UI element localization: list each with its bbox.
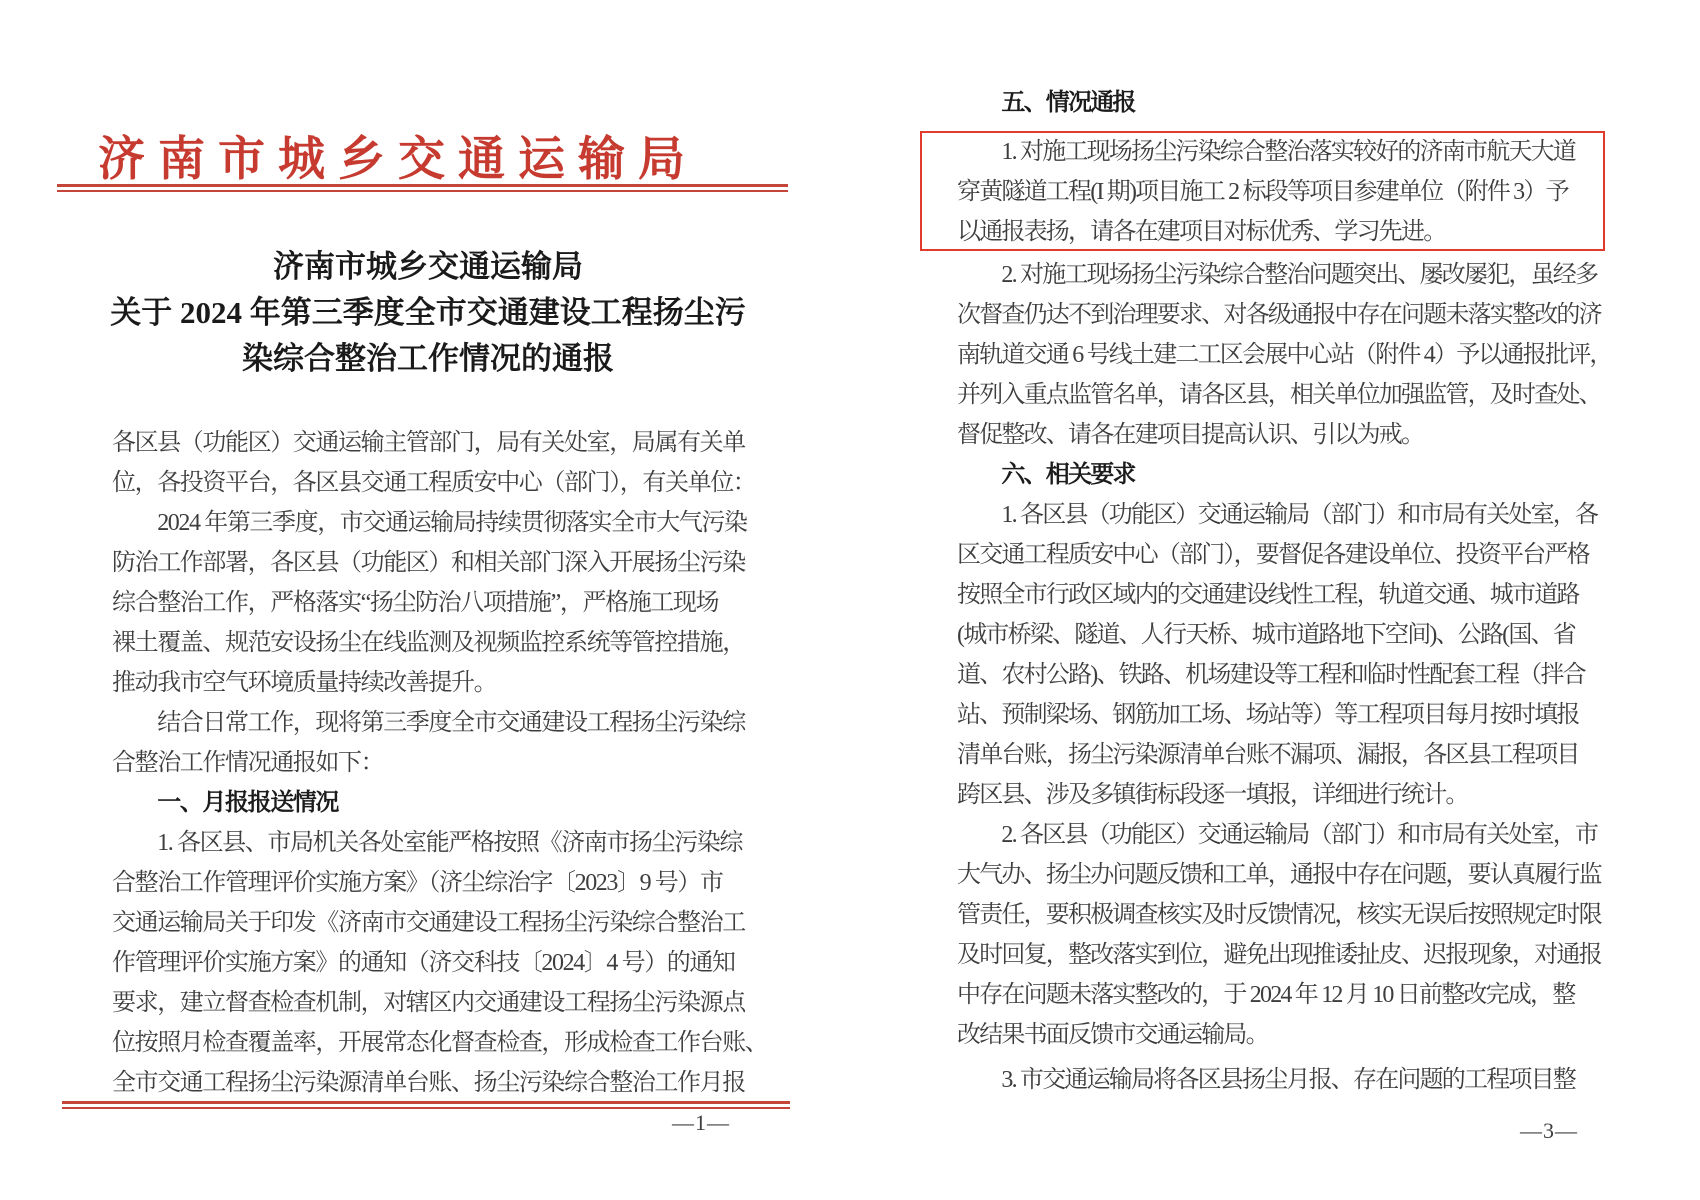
footer-rule bbox=[62, 1101, 790, 1109]
document-line: 推动我市空气环境质量持续改善提升。 bbox=[112, 663, 762, 703]
document-line: 合整治工作情况通报如下： bbox=[112, 743, 762, 783]
document-line: 五、情况通报 bbox=[957, 83, 1607, 123]
document-title-line: 关于 2024 年第三季度全市交通建设工程扬尘污 bbox=[108, 290, 748, 336]
masthead-rule bbox=[57, 184, 788, 192]
document-line: 各区县（功能区）交通运输主管部门，局有关处室，局属有关单 bbox=[112, 423, 762, 463]
document-line: 结合日常工作，现将第三季度全市交通建设工程扬尘污染综 bbox=[112, 703, 762, 743]
document-line: 次督查仍达不到治理要求、对各级通报中存在问题未落实整改的济 bbox=[957, 295, 1607, 335]
document-line: 一、月报报送情况 bbox=[112, 783, 762, 823]
masthead-title: 济南市城乡交通运输局 bbox=[98, 122, 698, 189]
document-line: 要求，建立督查检查机制，对辖区内交通建设工程扬尘污染源点 bbox=[112, 983, 762, 1023]
document-line: (城市桥梁、隧道、人行天桥、城市道路地下空间)、公路(国、省 bbox=[957, 615, 1607, 655]
left-body-text: 各区县（功能区）交通运输主管部门，局有关处室，局属有关单位，各投资平台，各区县交… bbox=[112, 423, 762, 1103]
document-line: 按照全市行政区域内的交通建设线性工程，轨道交通、城市道路 bbox=[957, 575, 1607, 615]
page-number-1: —1— bbox=[672, 1110, 730, 1136]
page-number-3: —3— bbox=[1520, 1118, 1578, 1144]
document-line: 及时回复，整改落实到位，避免出现推诿扯皮、迟报现象，对通报 bbox=[957, 935, 1607, 975]
document-line: 交通运输局关于印发《济南市交通建设工程扬尘污染综合整治工 bbox=[112, 903, 762, 943]
document-line: 1. 各区县、市局机关各处室能严格按照《济南市扬尘污染综 bbox=[112, 823, 762, 863]
document-line: 穿黄隧道工程(I 期)项目施工 2 标段等项目参建单位（附件 3）予 bbox=[957, 172, 1607, 212]
document-line: 大气办、扬尘办问题反馈和工单，通报中存在问题，要认真履行监 bbox=[957, 855, 1607, 895]
document-line: 以通报表扬，请各在建项目对标优秀、学习先进。 bbox=[957, 212, 1607, 252]
document-line: 管责任，要积极调查核实及时反馈情况，核实无误后按照规定时限 bbox=[957, 895, 1607, 935]
document-line: 并列入重点监管名单，请各区县，相关单位加强监管，及时查处、 bbox=[957, 375, 1607, 415]
document-line: 2. 各区县（功能区）交通运输局（部门）和市局有关处室，市 bbox=[957, 815, 1607, 855]
document-title-line: 染综合整治工作情况的通报 bbox=[108, 336, 748, 382]
document-line: 站、预制梁场、钢筋加工场、场站等）等工程项目每月按时填报 bbox=[957, 695, 1607, 735]
document-line: 位按照月检查覆盖率，开展常态化督查检查，形成检查工作台账、 bbox=[112, 1023, 762, 1063]
document-spread: 济南市城乡交通运输局 济南市城乡交通运输局关于 2024 年第三季度全市交通建设… bbox=[0, 0, 1700, 1200]
document-line: 督促整改、请各在建项目提高认识、引以为戒。 bbox=[957, 415, 1607, 455]
document-line: 跨区县、涉及多镇街标段逐一填报，详细进行统计。 bbox=[957, 775, 1607, 815]
document-line: 中存在问题未落实整改的，于 2024 年 12 月 10 日前整改完成，整 bbox=[957, 975, 1607, 1015]
document-line: 区交通工程质安中心（部门），要督促各建设单位、投资平台严格 bbox=[957, 535, 1607, 575]
document-line: 2024 年第三季度，市交通运输局持续贯彻落实全市大气污染 bbox=[112, 503, 762, 543]
document-line: 清单台账，扬尘污染源清单台账不漏项、漏报，各区县工程项目 bbox=[957, 735, 1607, 775]
document-line: 改结果书面反馈市交通运输局。 bbox=[957, 1015, 1607, 1055]
document-line: 裸土覆盖、规范安设扬尘在线监测及视频监控系统等管控措施， bbox=[112, 623, 762, 663]
document-line: 道、农村公路)、铁路、机场建设等工程和临时性配套工程（拌合 bbox=[957, 655, 1607, 695]
document-line: 1. 各区县（功能区）交通运输局（部门）和市局有关处室，各 bbox=[957, 495, 1607, 535]
right-body-text: 五、情况通报 1. 对施工现场扬尘污染综合整治落实较好的济南市航天大道穿黄隧道工… bbox=[957, 83, 1607, 1100]
document-line: 综合整治工作，严格落实“扬尘防治八项措施”，严格施工现场 bbox=[112, 583, 762, 623]
document-line: 全市交通工程扬尘污染源清单台账、扬尘污染综合整治工作月报 bbox=[112, 1063, 762, 1103]
document-title-line: 济南市城乡交通运输局 bbox=[108, 244, 748, 290]
document-line: 位，各投资平台，各区县交通工程质安中心（部门），有关单位： bbox=[112, 463, 762, 503]
document-title: 济南市城乡交通运输局关于 2024 年第三季度全市交通建设工程扬尘污染综合整治工… bbox=[108, 244, 748, 382]
document-line: 3. 市交通运输局将各区县扬尘月报、存在问题的工程项目整 bbox=[957, 1060, 1607, 1100]
document-line: 六、相关要求 bbox=[957, 455, 1607, 495]
document-line: 2. 对施工现场扬尘污染综合整治问题突出、屡改屡犯，虽经多 bbox=[957, 255, 1607, 295]
document-line: 防治工作部署，各区县（功能区）和相关部门深入开展扬尘污染 bbox=[112, 543, 762, 583]
document-line: 南轨道交通 6 号线土建二工区会展中心站（附件 4）予以通报批评， bbox=[957, 335, 1607, 375]
document-line: 1. 对施工现场扬尘污染综合整治落实较好的济南市航天大道 bbox=[957, 132, 1607, 172]
document-line: 合整治工作管理评价实施方案》（济尘综治字〔2023〕9 号）市 bbox=[112, 863, 762, 903]
document-line: 作管理评价实施方案》的通知（济交科技〔2024〕4 号）的通知 bbox=[112, 943, 762, 983]
